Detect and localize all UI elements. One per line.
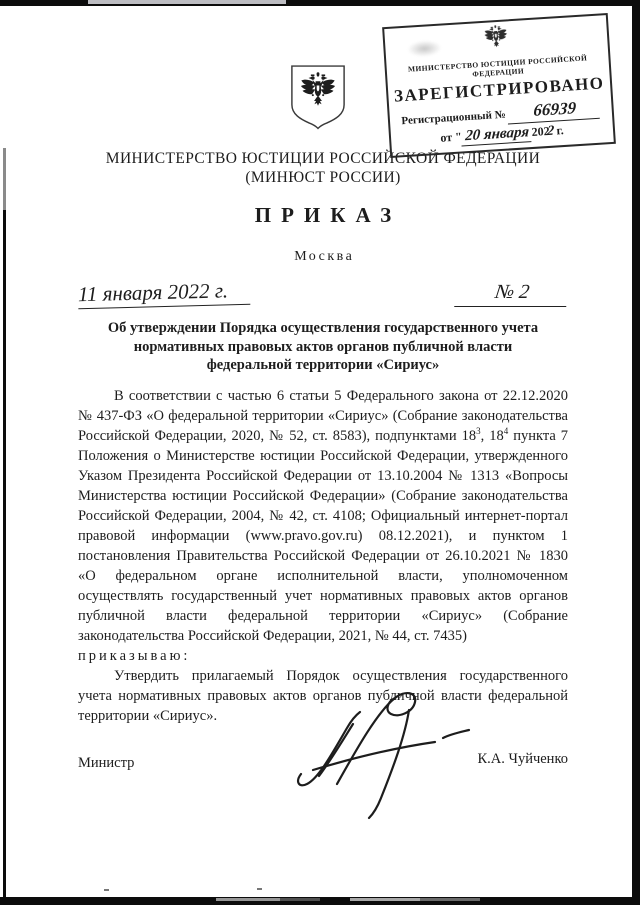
stamp-date-year-handwritten: 2 [546, 124, 554, 141]
scan-edge-top-gray [88, 0, 286, 4]
city-label: Москва [78, 249, 568, 265]
order-number-handwritten: № 2 [454, 281, 570, 307]
scan-edge-bottom-gray [280, 898, 320, 901]
registration-stamp: МИНИСТЕРСТВО ЮСТИЦИИ РОССИЙСКОЙ ФЕДЕРАЦИ… [382, 13, 616, 158]
minister-position-label: Министр [78, 755, 134, 772]
order-title-line: нормативных правовых актов органов публи… [78, 338, 568, 357]
document-type-title: ПРИКАЗ [78, 203, 568, 228]
scan-edge-bottom-gray [350, 898, 420, 901]
body-paragraph-1: В соответствии с частью 6 статьи 5 Федер… [78, 386, 568, 646]
ministry-name: МИНИСТЕРСТВО ЮСТИЦИИ РОССИЙСКОЙ ФЕДЕРАЦИ… [78, 150, 568, 168]
order-title-line: федеральной территории «Сириус» [78, 356, 568, 375]
stamp-eagle-icon [482, 23, 510, 54]
stamp-date-handwritten: 20 января [461, 124, 532, 147]
russian-coat-of-arms-icon [289, 64, 347, 130]
scan-speck [104, 889, 109, 891]
scan-edge-left-gray [3, 148, 6, 210]
scan-edge-bottom [0, 897, 640, 905]
stamp-date-suffix: г. [553, 123, 564, 138]
scan-speck [257, 888, 262, 890]
minister-name: К.А. Чуйченко [478, 751, 569, 768]
scan-edge-left [3, 148, 6, 905]
date-number-row: 11 января 2022 г. № 2 [78, 280, 568, 307]
scan-edge-right [632, 0, 640, 905]
scanned-document: { "page": { "paper_color": "#ffffff", "i… [0, 0, 640, 905]
stamp-reg-label: Регистрационный № [401, 109, 506, 128]
ministry-short-name: (МИНЮСТ РОССИИ) [78, 169, 568, 187]
decree-word: приказываю: [78, 646, 568, 666]
scan-edge-bottom-gray [216, 898, 280, 901]
order-date-handwritten: 11 января 2022 г. [78, 278, 251, 309]
order-body: В соответствии с частью 6 статьи 5 Федер… [78, 386, 568, 726]
order-title: Об утверждении Порядка осуществления гос… [78, 319, 568, 375]
stamp-date-prefix: от " [440, 129, 462, 144]
handwritten-signature-icon [293, 688, 473, 823]
ink-smudge [407, 40, 442, 58]
order-title-line: Об утверждении Порядка осуществления гос… [78, 319, 568, 338]
scan-edge-bottom-gray [420, 898, 480, 901]
